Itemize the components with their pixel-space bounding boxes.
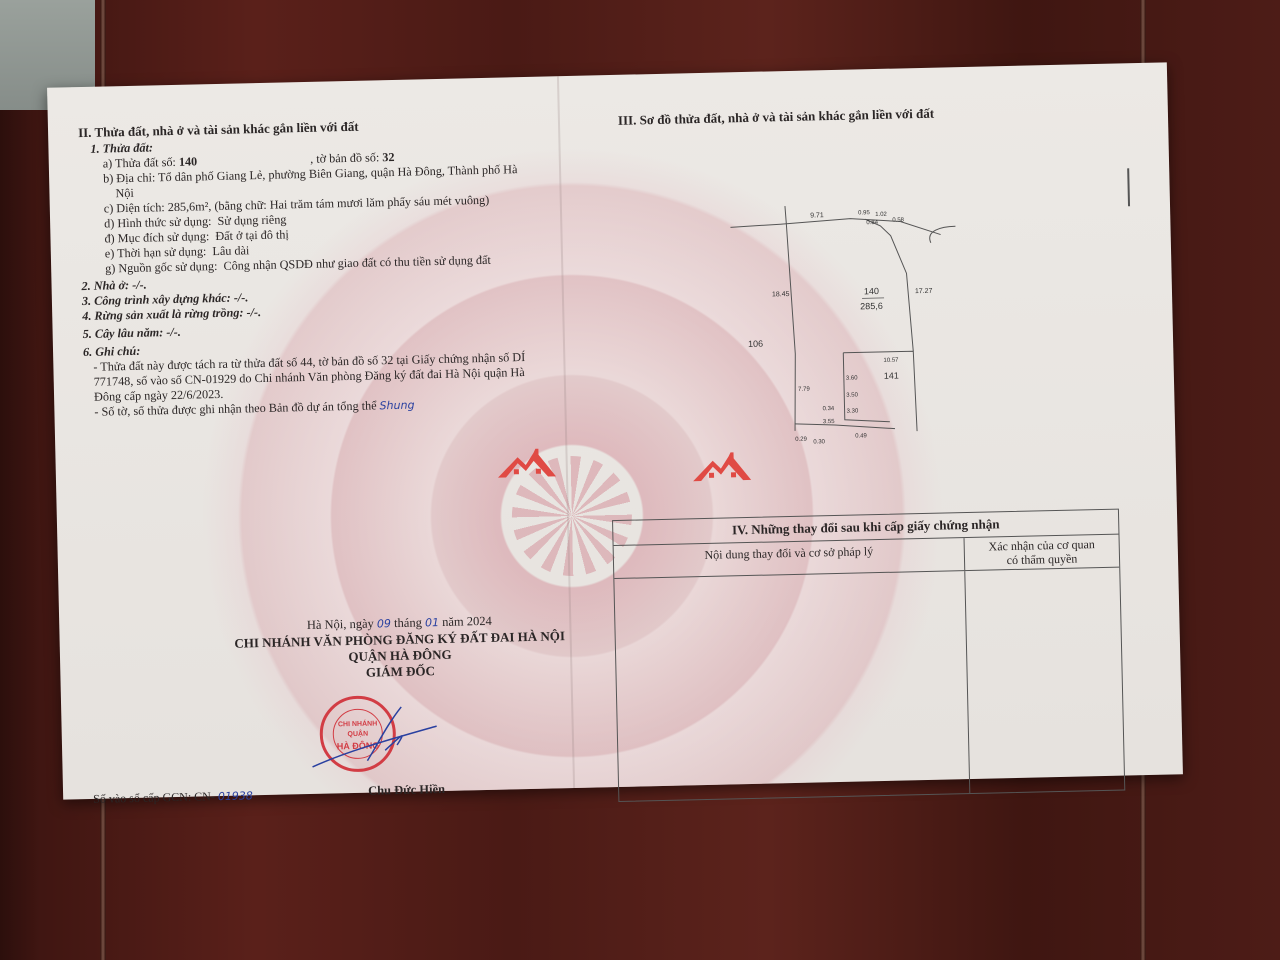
signer-name: Chu Đức Hiền — [368, 782, 445, 799]
changes-table: IV. Những thay đổi sau khi cấp giấy chứn… — [612, 509, 1125, 802]
svg-text:9.71: 9.71 — [810, 212, 824, 219]
svg-text:0.34: 0.34 — [822, 406, 834, 412]
svg-text:0.29: 0.29 — [795, 437, 807, 443]
house-roof-logo-icon — [495, 446, 558, 481]
svg-text:7.79: 7.79 — [798, 387, 810, 393]
svg-text:0.30: 0.30 — [813, 439, 825, 445]
svg-text:3.30: 3.30 — [847, 408, 859, 414]
parcel-diagram: 9.71 0.95 1.02 0.84 0.58 17.27 18.45 10.… — [730, 182, 966, 467]
svg-text:3.55: 3.55 — [823, 419, 835, 425]
svg-text:0.95: 0.95 — [858, 210, 870, 216]
registration-number: Số vào sổ cấp GCN: CN- 01938 — [93, 788, 253, 807]
svg-text:1.02: 1.02 — [875, 212, 887, 218]
svg-text:0.84: 0.84 — [866, 220, 878, 226]
north-arrow-icon — [1127, 168, 1130, 206]
diagram-parcel-area: 285,6 — [860, 301, 883, 312]
svg-text:3.60: 3.60 — [846, 375, 858, 381]
section-3-title: III. Sơ đồ thửa đất, nhà ở và tài sản kh… — [618, 106, 934, 129]
diagram-neighbor-south: 141 — [884, 371, 899, 381]
issue-day: 09 — [377, 617, 391, 630]
parcel-number: 140 — [179, 154, 198, 168]
issue-month: 01 — [425, 616, 439, 629]
issuer-block: Hà Nội, ngày 09 tháng 01 năm 2024 CHI NH… — [219, 611, 580, 684]
svg-text:18.45: 18.45 — [772, 291, 790, 298]
authority-cell — [965, 568, 1124, 793]
signature-scribble-icon — [306, 704, 448, 777]
page-fold — [557, 76, 575, 788]
changes-table-body — [614, 568, 1124, 801]
land-certificate-sheet: II. Thửa đất, nhà ở và tài sản khác gắn … — [47, 62, 1183, 799]
map-sheet-number: 32 — [382, 150, 395, 164]
svg-text:10.57: 10.57 — [883, 358, 899, 364]
svg-text:17.27: 17.27 — [915, 288, 933, 295]
svg-text:3.50: 3.50 — [846, 392, 858, 398]
section-2-content: 1. Thửa đất: a) Thửa đất số: 140 , tờ bả… — [78, 131, 554, 420]
diagram-parcel-number: 140 — [864, 286, 879, 296]
house-roof-logo-icon — [690, 450, 753, 485]
column-authority-confirmation: Xác nhận của cơ quan có thẩm quyền — [965, 535, 1120, 570]
change-content-cell — [614, 571, 970, 801]
initials-signature: Shung — [379, 399, 414, 413]
svg-text:0.49: 0.49 — [855, 433, 867, 439]
svg-text:0.58: 0.58 — [892, 217, 904, 223]
diagram-neighbor-west: 106 — [748, 339, 763, 349]
